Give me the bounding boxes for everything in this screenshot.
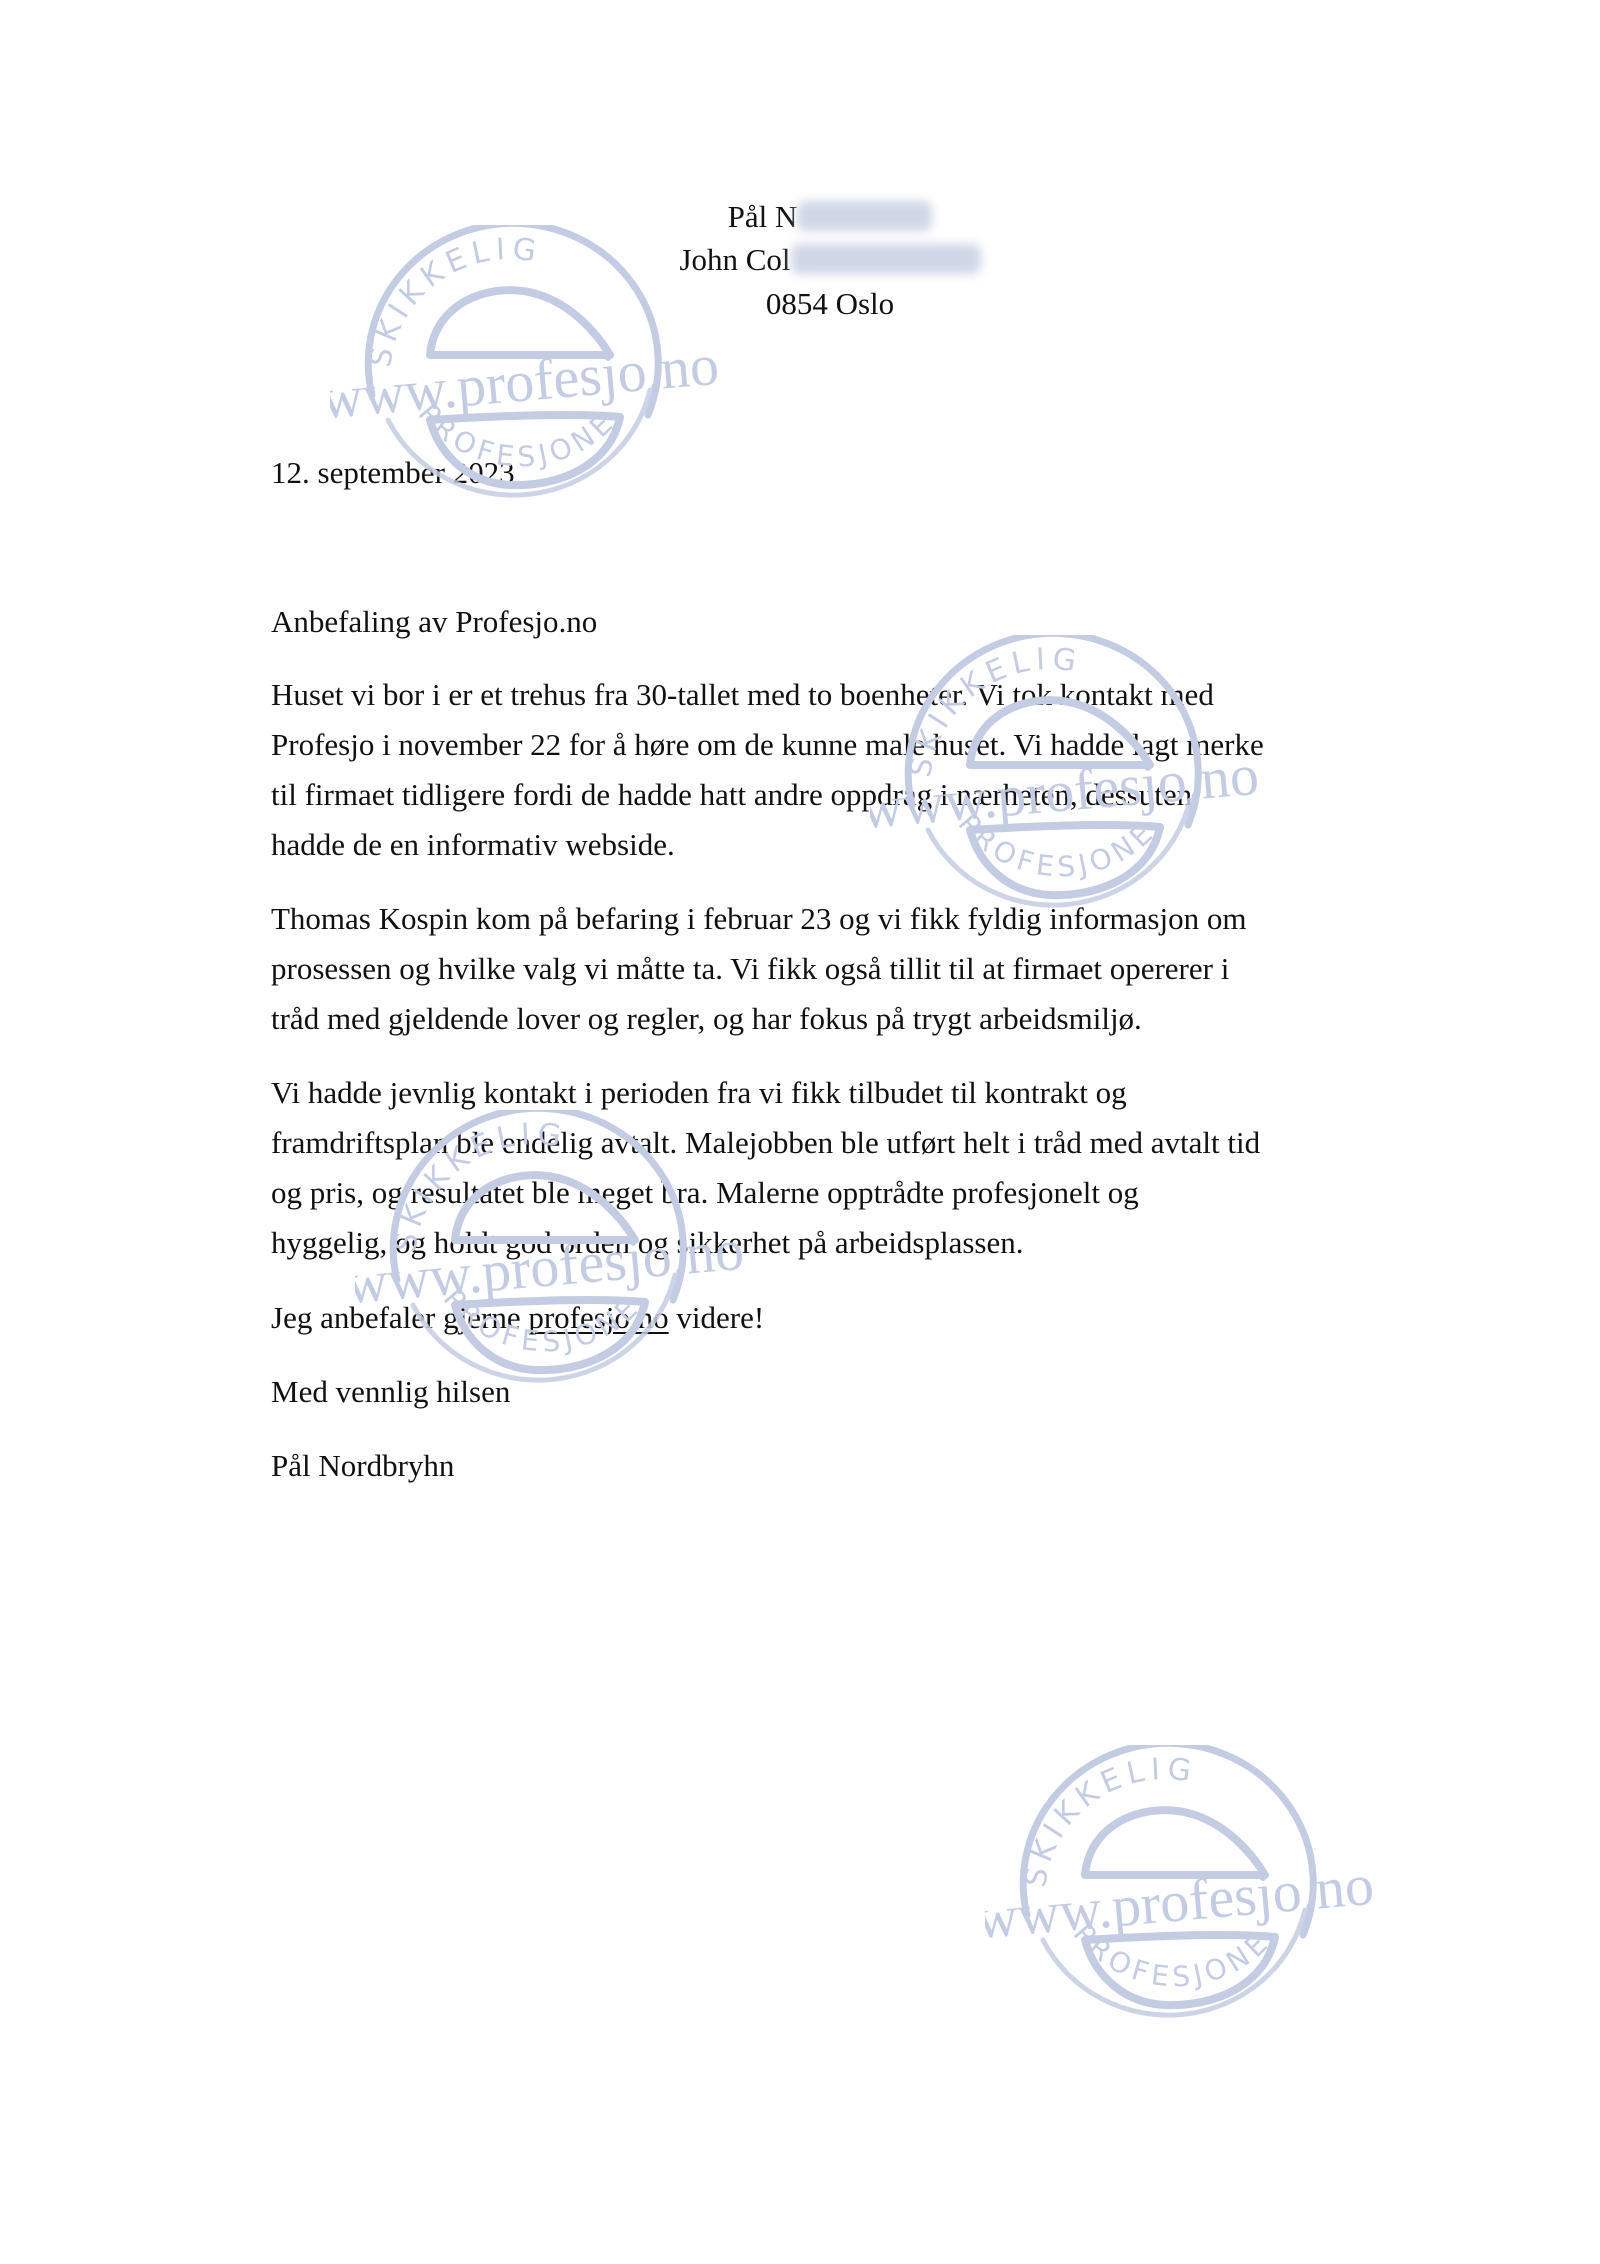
paragraph-line: prosessen og hvilke valg vi måtte ta. Vi… [271, 944, 1246, 994]
paragraph-line: Huset vi bor i er et trehus fra 30-talle… [271, 670, 1264, 720]
stamp-seal-icon: SKIKKELIGPROFESJONELTwww.profesjo.no [985, 1745, 1375, 2035]
letter-subject: Anbefaling av Profesjo.no [271, 597, 597, 646]
paragraph-line: til firmaet tidligere fordi de hadde hat… [271, 770, 1264, 820]
recommendation-before: Jeg anbefaler gjerne [271, 1300, 528, 1335]
paragraph-3: Vi hadde jevnlig kontakt i perioden fra … [271, 1068, 1260, 1268]
paragraph-line: hadde de en informativ webside. [271, 820, 1264, 870]
paragraph-2: Thomas Kospin kom på befaring i februar … [271, 894, 1246, 1044]
redacted-block [791, 244, 981, 274]
paragraph-line: Vi hadde jevnlig kontakt i perioden fra … [271, 1068, 1260, 1118]
letter-page: Pål N John Col 0854 Oslo 12. september 2… [0, 0, 1600, 2264]
redacted-block [797, 201, 932, 231]
recommendation-after: videre! [669, 1300, 765, 1335]
svg-text:SKIKKELIG: SKIKKELIG [1018, 1751, 1199, 1889]
paragraph-1: Huset vi bor i er et trehus fra 30-talle… [271, 670, 1264, 870]
closing: Med vennlig hilsen [271, 1367, 510, 1416]
signature: Pål Nordbryhn [271, 1441, 454, 1490]
recipient-street: John Col [0, 238, 1600, 282]
recipient-postal: 0854 Oslo [0, 282, 1600, 326]
recommendation-line: Jeg anbefaler gjerne profesjo.no videre! [271, 1293, 764, 1342]
letter-date: 12. september 2023 [271, 448, 515, 497]
paragraph-line: tråd med gjeldende lover og regler, og h… [271, 994, 1246, 1044]
recipient-street-visible: John Col [679, 242, 790, 277]
svg-text:www.profesjo.no: www.profesjo.no [985, 1852, 1375, 1952]
paragraph-line: og pris, og resultatet ble meget bra. Ma… [271, 1168, 1260, 1218]
paragraph-line: hyggelig, og holdt god orden og sikkerhe… [271, 1218, 1260, 1268]
recipient-name-visible: Pål N [728, 199, 798, 234]
svg-text:www.profesjo.no: www.profesjo.no [330, 332, 720, 432]
paragraph-line: Profesjo i november 22 for å høre om de … [271, 720, 1264, 770]
paragraph-line: framdriftsplan ble endelig avtalt. Malej… [271, 1118, 1260, 1168]
recipient-name: Pål N [0, 195, 1600, 239]
profesjo-link[interactable]: profesjo.no [528, 1300, 668, 1335]
svg-text:PROFESJONELT: PROFESJONELT [985, 1745, 1277, 1994]
paragraph-line: Thomas Kospin kom på befaring i februar … [271, 894, 1246, 944]
profesjo-stamp-4: SKIKKELIGPROFESJONELTwww.profesjo.no [985, 1745, 1375, 2035]
